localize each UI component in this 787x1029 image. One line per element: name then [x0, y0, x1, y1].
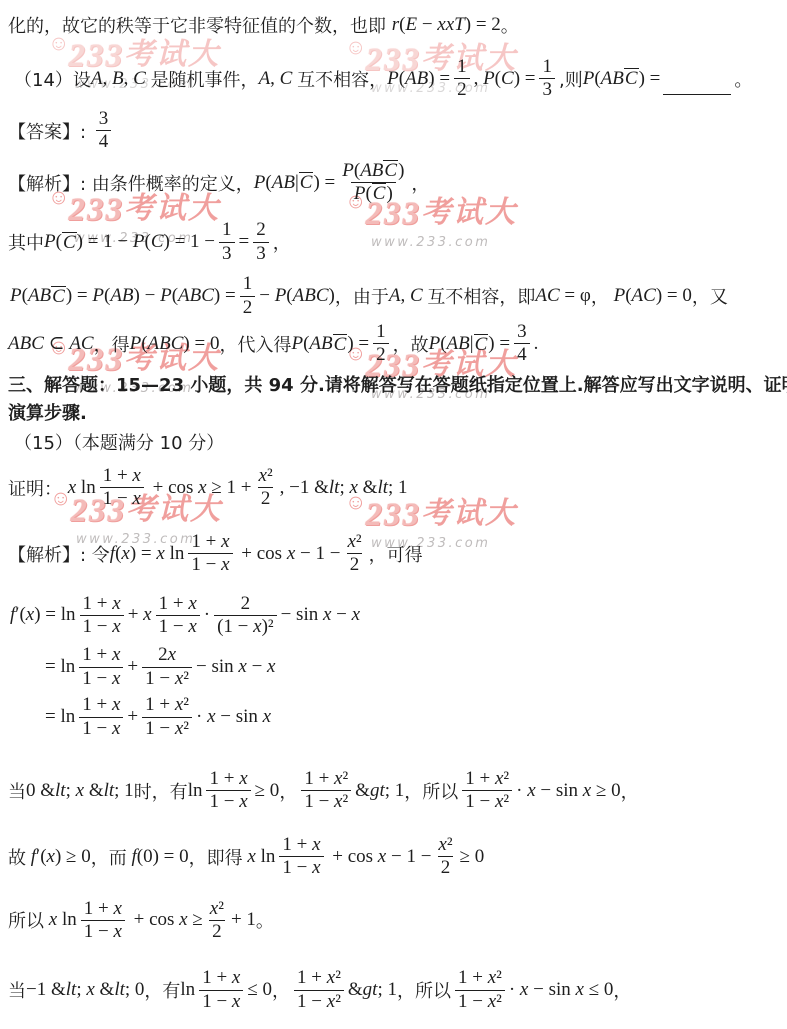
line-section3-heading2: 演算步骤.	[8, 399, 787, 425]
math-function: ln	[56, 604, 76, 626]
fraction-denominator: 1 − x	[188, 553, 232, 576]
text-run: ，代入得	[219, 331, 291, 357]
text-run: 所以	[8, 907, 44, 933]
text-run: ，故	[393, 331, 429, 357]
fraction-numerator: 1 + x	[80, 593, 124, 615]
text-run: ，	[273, 229, 291, 255]
text-run: 。	[734, 66, 752, 92]
text-run: ，	[613, 977, 631, 1003]
text-run: 【解析】: 令	[8, 541, 110, 567]
math-function: + cos	[148, 477, 198, 499]
math-run: ) = 1 − P(C) = 1 −	[77, 231, 215, 253]
math-function: sin	[231, 706, 263, 728]
fraction-denominator: 1 − x²	[142, 717, 192, 740]
math-run: A, B, C	[91, 68, 151, 90]
math-run: P(	[44, 231, 62, 253]
exam-solution-content: 化的，故它的秩等于它非零特征值的个数，也即 r(E − xxT) = 2。（14…	[0, 0, 787, 1013]
fraction: 1 + x1 − x	[206, 768, 250, 814]
math-run: P(AB|	[429, 333, 474, 355]
text-run: （14）设	[14, 66, 91, 92]
math-function: + cos	[328, 846, 378, 868]
math-run: , −1 &lt; x &lt; 1	[280, 477, 408, 499]
line-section3-heading: 三、解答题：15—23 小题，共 94 分.请将解答写在答题纸指定位置上.解答应…	[8, 371, 787, 397]
fraction: 2x1 − x²	[142, 644, 192, 690]
overline-term: C	[299, 172, 314, 193]
fraction-numerator: 1 + x	[188, 531, 232, 553]
text-run: 【答案】:	[8, 118, 92, 144]
math-run: ) =	[347, 333, 369, 355]
fraction-numerator: P(ABC)	[339, 160, 407, 182]
overline-term: C	[624, 68, 639, 89]
math-run: &gt; 1	[348, 979, 397, 1001]
fraction: 1 + x1 − x	[188, 531, 232, 577]
fraction-numerator: 1 + x²	[142, 694, 192, 716]
math-run: · x −	[196, 706, 231, 728]
text-run: 化的，故它的秩等于它非零特征值的个数，也即	[8, 12, 392, 38]
fraction-numerator: 1 + x	[79, 644, 123, 666]
math-function: ln	[60, 706, 75, 728]
fraction-denominator: (1 − x)²	[214, 615, 277, 638]
text-run: 其中	[8, 229, 44, 255]
fraction-numerator: 1 + x²	[294, 967, 344, 989]
math-run: x − 1 −	[287, 543, 341, 565]
overline-term: C	[62, 232, 77, 253]
fraction-numerator: x²	[344, 531, 364, 553]
math-run: P(AB	[291, 333, 332, 355]
math-function: − sin	[281, 604, 323, 626]
math-run: ABC ⊂ AC	[8, 332, 94, 355]
math-run: &gt; 1	[355, 780, 404, 802]
text-run: ，又	[692, 283, 728, 309]
math-run: ) = 2	[465, 14, 501, 36]
text-run: ，得	[94, 331, 130, 357]
fraction: 1 + x1 − x	[199, 967, 243, 1013]
math-run: + 1	[231, 909, 256, 931]
math-function: ln	[188, 780, 203, 802]
fraction-numerator: 1	[539, 56, 555, 78]
math-function: + cos	[129, 909, 179, 931]
fraction-denominator: 1 − x	[156, 615, 200, 638]
fraction: 1 + x1 − x	[79, 694, 123, 740]
math-run: + x	[128, 604, 152, 626]
math-function: ln	[76, 477, 96, 499]
superscript: T	[454, 14, 465, 36]
fraction-numerator: 1 + x	[79, 694, 123, 716]
overline-term: C	[383, 160, 398, 181]
fraction-denominator: 1 − x²	[294, 990, 344, 1013]
fraction-numerator: x²	[207, 898, 227, 920]
math-run: +	[127, 706, 138, 728]
fraction: x²2	[256, 465, 276, 511]
fraction-denominator: 1 − x	[199, 990, 243, 1013]
math-run: −1 &lt; x &lt; 0	[26, 979, 144, 1001]
fraction: 1 + x1 − x	[279, 834, 323, 880]
fraction-numerator: 1 + x	[81, 898, 125, 920]
text-run: 证明：	[8, 475, 68, 501]
math-run: P(AB	[583, 68, 624, 90]
text-run: ,则	[559, 66, 583, 92]
text-run: ，	[621, 778, 639, 804]
fraction-denominator: 1 − x²	[455, 990, 505, 1013]
overline-term: C	[474, 334, 489, 355]
fraction: 34	[514, 321, 530, 367]
text-run: ，	[411, 170, 429, 196]
math-run: ) =	[488, 333, 510, 355]
math-run: P(ABC) = 0	[130, 333, 220, 355]
math-run: P(AB|	[254, 172, 299, 194]
math-run: x ≥	[179, 909, 203, 931]
fraction: x²2	[435, 834, 455, 880]
line-rank-note: 化的，故它的秩等于它非零特征值的个数，也即 r(E − xxT) = 2。	[8, 12, 787, 38]
math-function: ln	[60, 656, 75, 678]
math-run: ≥ 0	[255, 780, 280, 802]
math-run: 0 &lt; x &lt; 1	[26, 780, 134, 802]
fraction: 1 + x1 − x	[81, 898, 125, 944]
math-run: P(AC) = 0	[609, 285, 692, 307]
document-page: ☺233考试大www.233.com☺233考试大www.233.com☺233…	[0, 0, 787, 1029]
fraction-denominator: 1 − x²	[462, 790, 512, 813]
fraction-numerator: 3	[514, 321, 530, 343]
math-run: ) = P(AB) − P(ABC) =	[66, 285, 236, 307]
math-run: +	[127, 656, 138, 678]
text-run: ，可得	[369, 541, 423, 567]
fraction: 1 + x²1 − x²	[294, 967, 344, 1013]
text-run: 互不相容，	[297, 66, 387, 92]
fraction-denominator: 1 − x	[80, 615, 124, 638]
text-run: ，所以	[397, 977, 451, 1003]
fraction: 13	[539, 56, 555, 102]
text-run: ，即得	[189, 844, 243, 870]
fraction: x²2	[207, 898, 227, 944]
math-run: =	[45, 656, 60, 678]
math-run: x	[44, 909, 57, 931]
fraction-numerator: 2	[238, 593, 254, 615]
math-function: sin	[551, 780, 583, 802]
fraction-denominator: 2	[438, 856, 454, 879]
fraction-denominator: 4	[96, 130, 112, 153]
math-run: x − 1 −	[378, 846, 432, 868]
fraction: 13	[219, 219, 235, 265]
line-answer: 【答案】: 34	[8, 108, 787, 154]
math-run: x	[263, 706, 271, 728]
text-run: 故	[8, 844, 26, 870]
blank-underline	[663, 92, 731, 95]
math-run: A, C	[389, 285, 428, 307]
math-function: ln	[256, 846, 276, 868]
fraction-denominator: 2	[258, 487, 274, 510]
fraction-numerator: 1 + x²	[462, 768, 512, 790]
text-run: 。	[501, 12, 519, 38]
text-run: ，有	[144, 977, 180, 1003]
overline-term: C	[51, 286, 66, 307]
fraction: 23	[253, 219, 269, 265]
math-run: AC = φ	[535, 285, 590, 307]
line-analysis-def: 【解析】: 由条件概率的定义，P(AB|C) =P(ABC)P(C)，	[8, 160, 787, 206]
fraction-numerator: 2x	[155, 644, 179, 666]
math-run: ≤ 0	[247, 979, 272, 1001]
overline-term: C	[372, 183, 387, 204]
fraction: 1 + x1 − x	[80, 593, 124, 639]
math-run: P(	[354, 183, 372, 204]
heading-text: 演算步骤.	[8, 399, 87, 425]
fraction-denominator: 1 − x	[81, 920, 125, 943]
line-abc-subset: ABC ⊂ AC，得P(ABC) = 0，代入得P(ABC) =12，故P(AB…	[8, 321, 787, 367]
math-run: f(0) = 0	[127, 846, 189, 868]
line-derivative: f′(x) = ln1 + x1 − x+ x1 + x1 − x·2(1 − …	[10, 593, 787, 639]
math-run: =	[239, 231, 250, 253]
fraction-denominator: P(C)	[351, 182, 396, 205]
math-run: r(E − xx	[392, 14, 454, 36]
line-q14: （14）设A, B, C 是随机事件，A, C 互不相容，P(AB) =12, …	[14, 56, 787, 102]
math-run: P(AB) =	[387, 68, 450, 90]
fraction-numerator: 1 + x	[199, 967, 243, 989]
fraction-numerator: 1 + x	[206, 768, 250, 790]
text-run: ，	[272, 977, 290, 1003]
math-run: A, C	[259, 68, 298, 90]
math-function: + cos	[237, 543, 287, 565]
fraction-denominator: 3	[253, 242, 269, 265]
fraction: 1 + x²1 − x²	[301, 768, 351, 814]
fraction: P(ABC)P(C)	[339, 160, 407, 206]
fraction-numerator: x²	[256, 465, 276, 487]
fraction-denominator: 1 − x²	[301, 790, 351, 813]
math-function: ln	[180, 979, 195, 1001]
math-run: x ≥ 0	[583, 780, 621, 802]
fraction-denominator: 1 − x²	[142, 667, 192, 690]
text-run: 互不相容，即	[427, 283, 535, 309]
fraction-numerator: 1	[373, 321, 389, 343]
text-run: 当	[8, 778, 26, 804]
math-run: x − x	[323, 604, 360, 626]
math-run: − P(ABC)	[259, 285, 335, 307]
math-run: x ≥ 1 +	[198, 477, 251, 499]
fraction: 12	[454, 56, 470, 102]
math-run: x	[243, 846, 256, 868]
line-let-f: 【解析】: 令f(x) = x ln1 + x1 − x + cos x − 1…	[8, 531, 787, 577]
line-deriv-simplify2: = ln1 + x1 − x+1 + x²1 − x²· x − sin x	[45, 694, 787, 740]
fraction-denominator: 2	[240, 296, 256, 319]
fraction-denominator: 1 − x	[100, 487, 144, 510]
math-run: f(x) = x	[110, 543, 165, 565]
line-conclusion-pos: 所以 x ln1 + x1 − x + cos x ≥x²2+ 1。	[8, 898, 787, 944]
math-run: · x −	[516, 780, 551, 802]
math-run: ≥ 0	[460, 846, 485, 868]
fraction-denominator: 2	[454, 78, 470, 101]
math-function: − sin	[196, 656, 238, 678]
math-function: sin	[544, 979, 576, 1001]
fraction: 12	[240, 273, 256, 319]
text-run: 。	[256, 907, 274, 933]
math-run: )	[398, 160, 404, 181]
text-run: ，而	[91, 844, 127, 870]
text-run: 时，有	[134, 778, 188, 804]
line-q15: （15）（本题满分 10 分）	[14, 429, 787, 455]
math-run: ) =	[639, 68, 661, 90]
line-pabc: P(ABC) = P(AB) − P(ABC) =12− P(ABC)，由于A,…	[10, 273, 787, 319]
math-run: P(AB	[342, 160, 383, 181]
math-run: =	[45, 706, 60, 728]
fraction-numerator: 1 + x²	[301, 768, 351, 790]
fraction-numerator: x²	[435, 834, 455, 856]
math-run: x	[68, 477, 76, 499]
line-qizhong: 其中P(C) = 1 − P(C) = 1 −13=23，	[8, 219, 787, 265]
line-case-negative: 当−1 &lt; x &lt; 0，有ln1 + x1 − x≤ 0，1 + x…	[8, 967, 787, 1013]
fraction-numerator: 1	[454, 56, 470, 78]
math-run: ) =	[313, 172, 335, 194]
text-run: ，	[591, 283, 609, 309]
fraction: 1 + x1 − x	[156, 593, 200, 639]
math-function: ln	[57, 909, 77, 931]
fraction-numerator: 1 + x	[279, 834, 323, 856]
text-run: 是随机事件，	[151, 66, 259, 92]
heading-text: 三、解答题：15—23 小题，共 94 分.请将解答写在答题纸指定位置上.解答应…	[8, 371, 787, 397]
line-case-positive: 当0 &lt; x &lt; 1时，有ln1 + x1 − x≥ 0，1 + x…	[8, 768, 787, 814]
math-function: ln	[165, 543, 185, 565]
math-run: P(AB	[10, 285, 51, 307]
fraction: 1 + x²1 − x²	[455, 967, 505, 1013]
text-run: ，	[279, 778, 297, 804]
fraction: 34	[96, 108, 112, 154]
math-run: x ≤ 0	[576, 979, 614, 1001]
math-run: · x −	[509, 979, 544, 1001]
line-f-nonneg: 故 f′(x) ≥ 0，而 f(0) = 0，即得 x ln1 + x1 − x…	[8, 834, 787, 880]
line-deriv-simplify1: = ln1 + x1 − x+2x1 − x²− sin x − x	[45, 644, 787, 690]
math-run: )	[386, 183, 392, 204]
fraction-numerator: 3	[96, 108, 112, 130]
math-run: x − x	[238, 656, 275, 678]
text-run: （15）（本题满分 10 分）	[14, 429, 224, 455]
fraction: 1 + x1 − x	[100, 465, 144, 511]
fraction: 1 + x1 − x	[79, 644, 123, 690]
fraction-numerator: 1 + x²	[455, 967, 505, 989]
fraction-denominator: 4	[514, 343, 530, 366]
fraction-denominator: 3	[219, 242, 235, 265]
fraction-numerator: 1	[240, 273, 256, 295]
fraction: 12	[373, 321, 389, 367]
fraction-denominator: 2	[347, 553, 363, 576]
line-prove: 证明： x ln1 + x1 − x + cos x ≥ 1 +x²2, −1 …	[8, 465, 787, 511]
fraction: 1 + x²1 − x²	[462, 768, 512, 814]
fraction: 2(1 − x)²	[214, 593, 277, 639]
fraction: x²2	[344, 531, 364, 577]
math-run: ·	[204, 604, 210, 626]
fraction-denominator: 2	[209, 920, 225, 943]
math-run: f′(x) ≥ 0	[26, 846, 91, 868]
overline-term: C	[333, 334, 348, 355]
fraction-denominator: 1 − x	[79, 717, 123, 740]
fraction-denominator: 3	[539, 78, 555, 101]
fraction-numerator: 1 + x	[100, 465, 144, 487]
fraction-denominator: 1 − x	[206, 790, 250, 813]
fraction: 1 + x²1 − x²	[142, 694, 192, 740]
fraction-numerator: 2	[253, 219, 269, 241]
fraction-numerator: 1 + x	[156, 593, 200, 615]
fraction-numerator: 1	[219, 219, 235, 241]
math-run: , P(C) =	[474, 68, 536, 90]
text-run: ，所以	[404, 778, 458, 804]
text-run: 当	[8, 977, 26, 1003]
fraction-denominator: 1 − x	[79, 667, 123, 690]
fraction-denominator: 1 − x	[279, 856, 323, 879]
text-run: 【解析】: 由条件概率的定义，	[8, 170, 254, 196]
math-run: f′(x) =	[10, 604, 56, 626]
math-run: .	[534, 333, 539, 355]
text-run: ，由于	[335, 283, 389, 309]
fraction-denominator: 2	[373, 343, 389, 366]
